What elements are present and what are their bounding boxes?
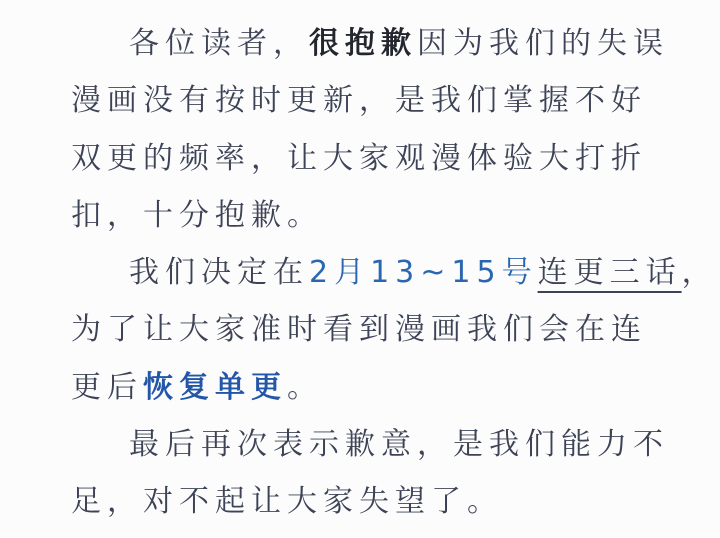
text-segment: 漫画没有按时更新，是我们掌握不好: [71, 83, 647, 118]
apology-note-page: 各位读者，很抱歉因为我们的失误 漫画没有按时更新，是我们掌握不好 双更的频率，让…: [0, 0, 720, 538]
resume-single-update-highlight: 恢复单更: [143, 370, 287, 405]
text-line: 最后再次表示歉意，是我们能力不: [71, 416, 683, 473]
text-line: 扣，十分抱歉。: [71, 187, 683, 244]
text-segment: 双更的频率，让大家观漫体验大打折: [71, 141, 647, 176]
triple-update-underlined: 连更三话: [538, 255, 682, 290]
text-segment: 我们决定在: [129, 255, 309, 290]
text-line: 更后恢复单更。: [71, 359, 683, 416]
text-segment: ，: [682, 255, 718, 290]
text-segment: 足，对不起让大家失望了。: [71, 484, 503, 519]
text-line: 足，对不起让大家失望了。: [71, 473, 683, 530]
text-line: 双更的频率，让大家观漫体验大打折: [71, 130, 683, 187]
text-segment: 最后再次表示歉意，是我们能力不: [129, 427, 669, 462]
text-segment: 。: [287, 370, 323, 405]
text-line: 我们决定在2月13~15号连更三话，: [71, 244, 683, 301]
date-range-highlight: 2月13~15号: [309, 255, 538, 290]
very-sorry-emphasis: 很抱歉: [309, 26, 417, 61]
text-segment: 因为我们的失误: [417, 26, 669, 61]
text-line: 为了让大家准时看到漫画我们会在连: [71, 301, 683, 358]
text-segment: 更后: [71, 370, 143, 405]
text-line: 各位读者，很抱歉因为我们的失误: [71, 15, 683, 72]
text-segment: 扣，十分抱歉。: [71, 198, 323, 233]
text-segment: 为了让大家准时看到漫画我们会在连: [71, 312, 647, 347]
apology-note-text: 各位读者，很抱歉因为我们的失误 漫画没有按时更新，是我们掌握不好 双更的频率，让…: [71, 15, 683, 531]
reader-address-text: 各位读者，: [129, 26, 309, 61]
text-line: 漫画没有按时更新，是我们掌握不好: [71, 72, 683, 129]
